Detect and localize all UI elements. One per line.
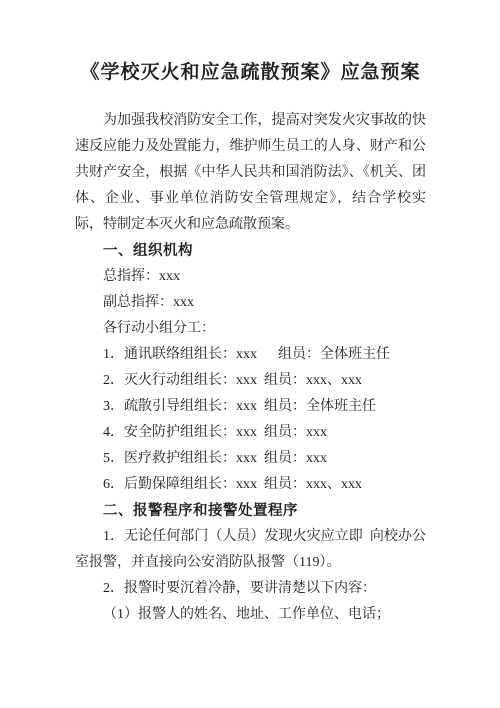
line-group-division-label: 各行动小组分工： xyxy=(75,316,426,342)
list-item-medical-group: 5．医疗救护组组长：xxx 组员：xxx xyxy=(75,446,426,472)
section-1-heading: 一、组织机构 xyxy=(75,238,426,264)
section-2-heading: 二、报警程序和接警处置程序 xyxy=(75,498,426,524)
list-item-evacuation-group: 3．疏散引导组组长：xxx 组员：全体班主任 xyxy=(75,394,426,420)
alarm-procedure-item-2: 2．报警时要沉着冷静，要讲清楚以下内容： xyxy=(75,576,426,602)
list-item-safety-group: 4．安全防护组组长：xxx 组员：xxx xyxy=(75,420,426,446)
list-item-firefighting-group: 2．灭火行动组组长：xxx 组员：xxx、xxx xyxy=(75,368,426,394)
line-chief-commander: 总指挥：xxx xyxy=(75,264,426,290)
list-item-communication-group: 1．通讯联络组组长：xxx 组员：全体班主任 xyxy=(75,342,426,368)
alarm-content-subitem-1: （1）报警人的姓名、地址、工作单位、电话； xyxy=(75,602,426,628)
document-title: 《学校灭火和应急疏散预案》应急预案 xyxy=(75,58,426,88)
document-page: 《学校灭火和应急疏散预案》应急预案 为加强我校消防安全工作，提高对突发火灾事故的… xyxy=(0,0,500,708)
intro-paragraph: 为加强我校消防安全工作，提高对突发火灾事故的快速反应能力及处置能力，维护师生员工… xyxy=(75,108,426,238)
list-item-logistics-group: 6．后勤保障组组长：xxx 组员：xxx、xxx xyxy=(75,472,426,498)
line-deputy-commander: 副总指挥：xxx xyxy=(75,290,426,316)
alarm-procedure-item-1: 1．无论任何部门（人员）发现火灾应立即 向校办公室报警，并直接向公安消防队报警（… xyxy=(75,524,426,576)
